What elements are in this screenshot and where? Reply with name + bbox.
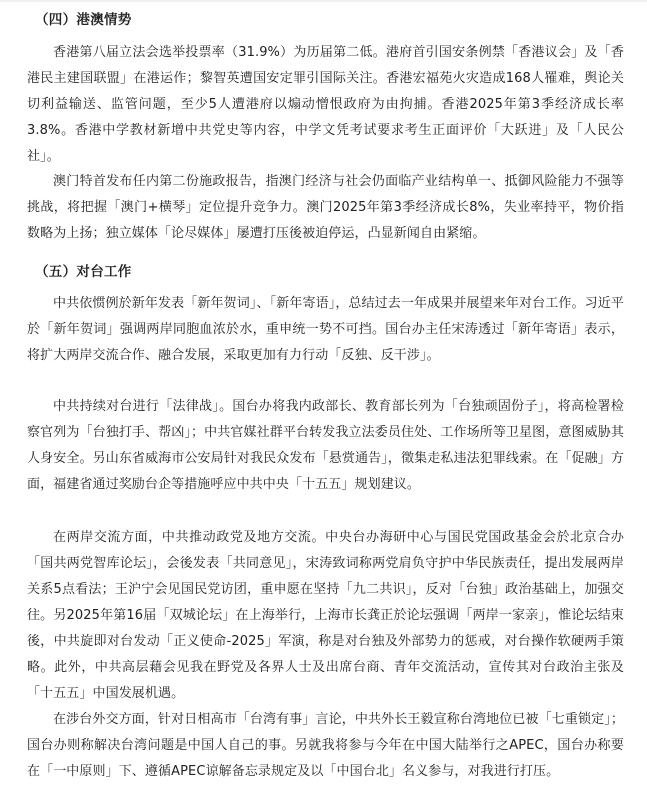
paragraph-macau: 澳门特首发布任内第二份施政报告，指澳门经济与社会仍面临产业结构单一、抵御风险能力…	[27, 169, 624, 247]
paragraph-hong-kong: 香港第八届立法会选举投票率（31.9%）为历届第二低。港府首引国安条例禁「香港议…	[27, 40, 624, 170]
section-heading-hk-macau: （四）港澳情势	[27, 10, 132, 30]
section-heading-taiwan-work: （五）对台工作	[27, 262, 132, 282]
paragraph-new-year-message: 中共依惯例於新年发表「新年贺词」、「新年寄语」，总结过去一年成果并展望来年对台工…	[27, 291, 624, 369]
paragraph-diplomacy: 在涉台外交方面，针对日相高市「台湾有事」言论，中共外长王毅宣称台湾地位已被「七重…	[27, 707, 624, 785]
top-divider	[0, 0, 647, 2]
paragraph-legal-warfare: 中共持续对台进行「法律战」。国台办将我内政部长、教育部长列为「台独顽固份子」，将…	[27, 394, 624, 498]
paragraph-cross-strait-exchange: 在两岸交流方面，中共推动政党及地方交流。中央台办海研中心与国民党国政基金会於北京…	[27, 525, 624, 707]
